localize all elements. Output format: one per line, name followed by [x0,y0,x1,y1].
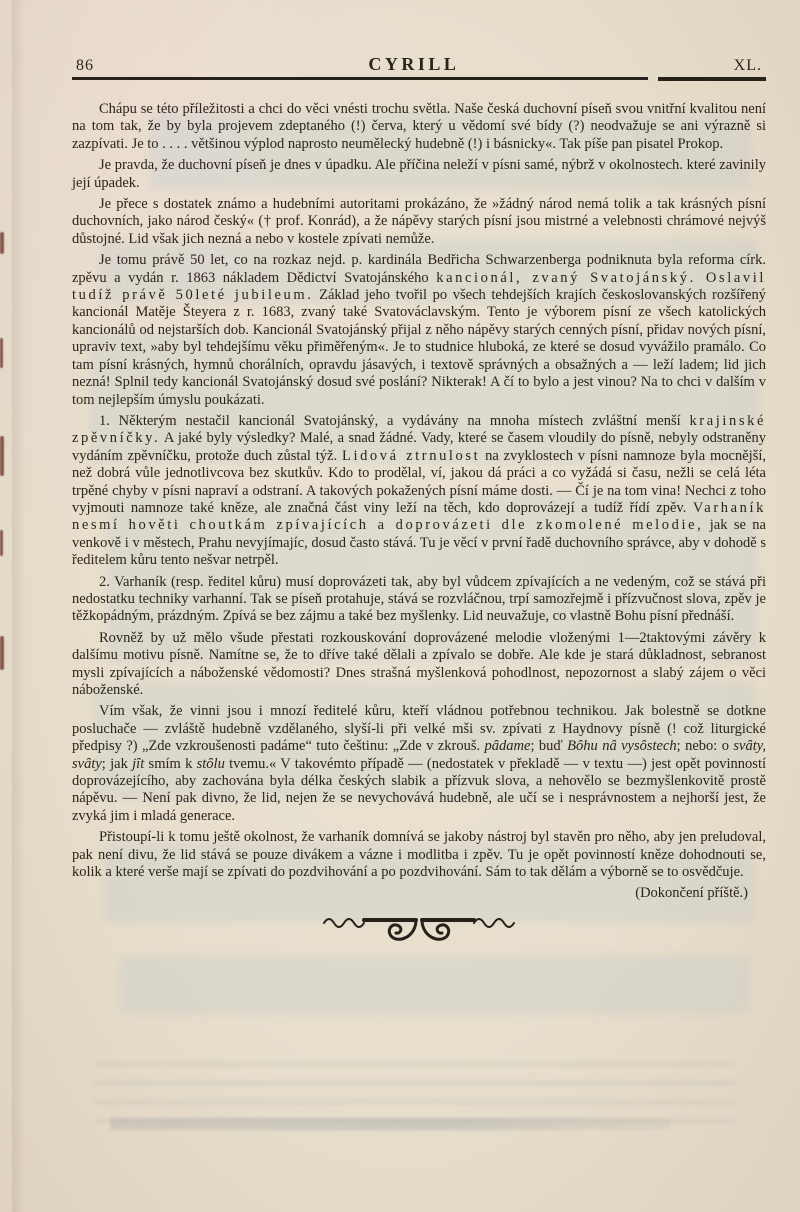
text-run: 2. Varhaník (resp. ředitel kůru) musí do… [72,574,766,625]
journal-title: CYRILL [368,54,459,75]
text-run: Lidová ztrnulost [342,448,480,464]
page-number: 86 [76,57,94,75]
text-run: jȋt [132,756,144,772]
article-body: Chápu se této příležitosti a chci do věc… [72,101,766,881]
header-rule-right [658,77,766,81]
text-run: smím k [144,756,196,772]
bleedthrough-ghost [95,1060,735,1130]
text-run: Rovněž by už mělo všude přestati rozkous… [72,630,766,698]
scan-artifact [0,436,4,476]
text-run: ; jak [102,756,132,772]
issue-number: XL. [734,57,762,75]
scan-tint [120,956,750,1014]
page-header: 86 CYRILL XL. [72,54,766,75]
scan-artifact [0,636,4,670]
scanned-page: 86 CYRILL XL. Chápu se této příležitosti… [0,0,800,1212]
text-run: Chápu se této příležitosti a chci do věc… [72,101,766,152]
paragraph: 1. Některým nestačil kancionál Svatojáns… [72,413,766,570]
paragraph: Je pravda, že duchovní píseň je dnes v ú… [72,157,766,192]
text-run: Je pravda, že duchovní píseň je dnes v ú… [72,157,766,190]
header-rule-left [72,77,648,80]
flourish-ornament [321,910,517,954]
text-run: ; buď [530,738,567,754]
text-run: pȃdame [485,738,531,754]
bleedthrough-ghost-line [110,1118,670,1130]
page-gutter-shadow [12,0,26,1212]
text-run: Přistoupí-li k tomu ještě okolnost, že v… [72,829,766,880]
paragraph: 2. Varhaník (resp. ředitel kůru) musí do… [72,574,766,626]
text-run: ; nebo: o [677,738,734,754]
paragraph: Je přece s dostatek známo a hudebními au… [72,196,766,248]
text-run: Základ jeho tvořil po všech tehdejších k… [72,287,766,407]
paragraph: Rovněž by už mělo všude přestati rozkous… [72,630,766,700]
text-run: stȏlu [197,756,225,772]
scan-artifact [0,530,3,556]
paragraph: Je tomu právě 50 let, co na rozkaz nejd.… [72,252,766,409]
text-run: Je přece s dostatek známo a hudebními au… [72,196,766,247]
text-run: Bȏhu nȃ vysȏstech [567,738,676,754]
text-run: 1. Některým nestačil kancionál Svatojáns… [99,413,689,429]
header-rule [72,76,766,84]
closing-note: (Dokončení příště.) [72,885,748,902]
paragraph: Vím však, že vinni jsou i mnozí ředitelé… [72,703,766,825]
scan-artifact [0,232,4,254]
paragraph: Chápu se této příležitosti a chci do věc… [72,101,766,153]
page-content: 86 CYRILL XL. Chápu se této příležitosti… [72,54,766,954]
paragraph: Přistoupí-li k tomu ještě okolnost, že v… [72,829,766,881]
scan-artifact [0,338,3,368]
